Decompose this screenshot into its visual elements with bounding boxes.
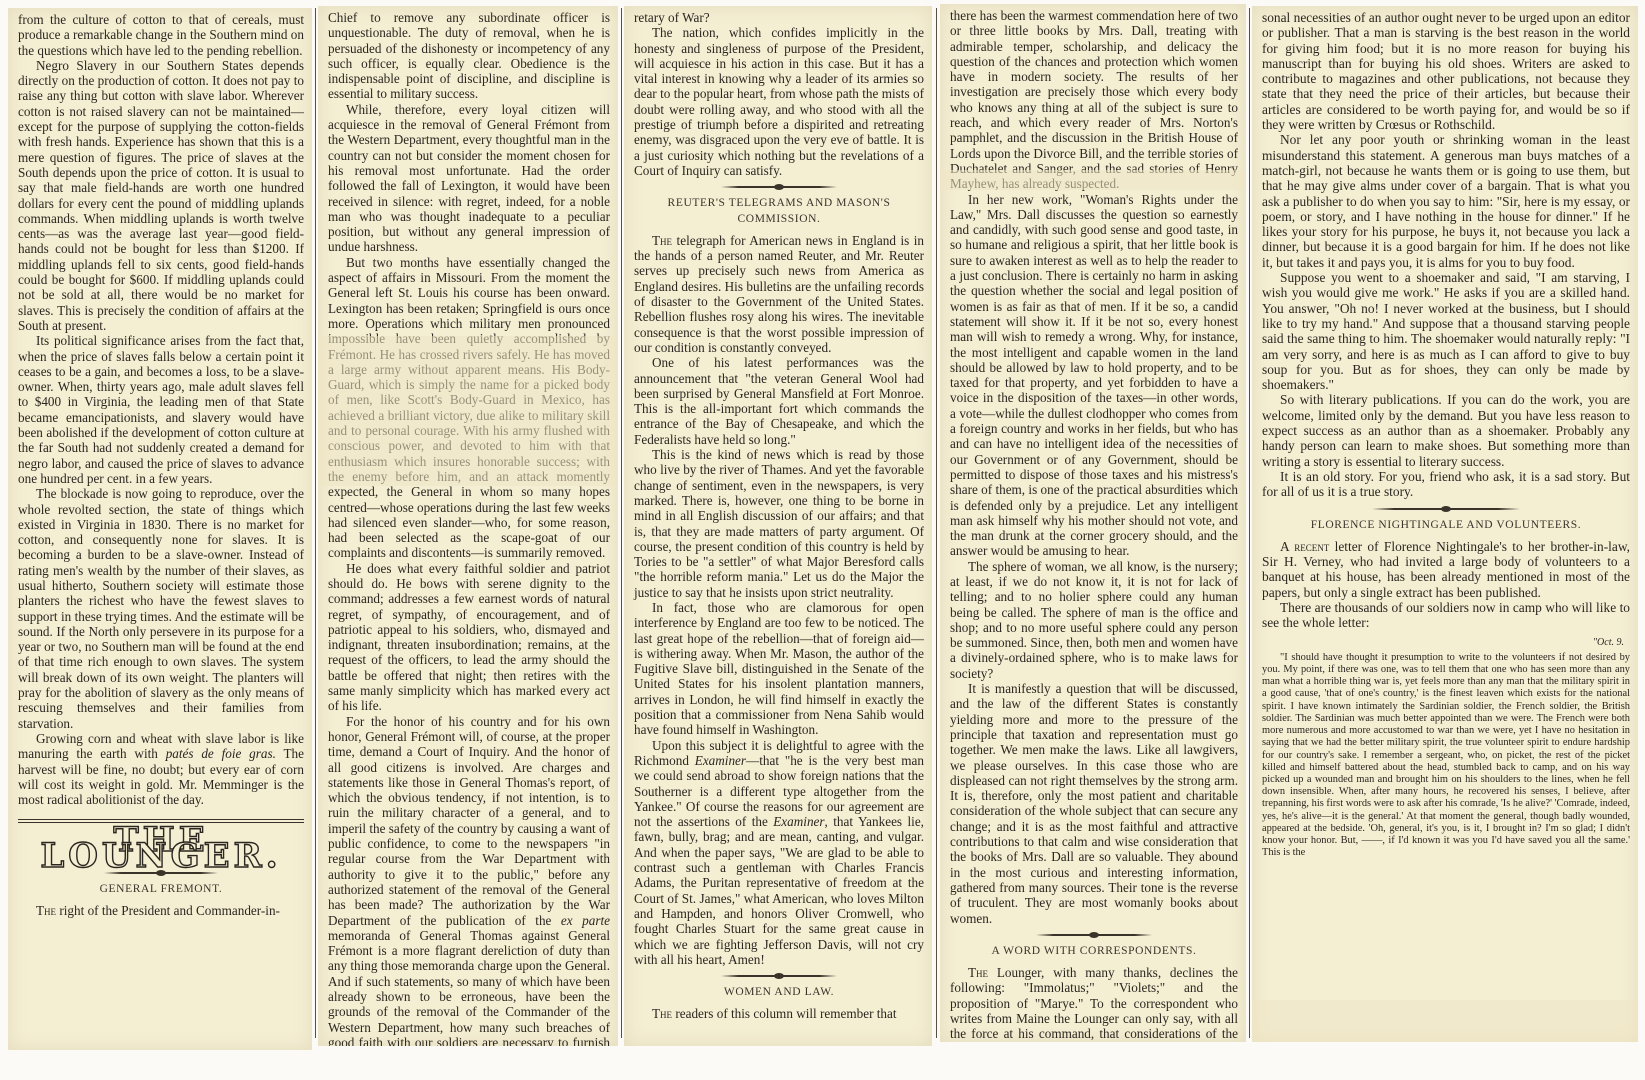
text: telegraph for American news in England i… <box>634 233 924 355</box>
paragraph: It is manifestly a question that will be… <box>950 681 1238 926</box>
column-1: from the culture of cotton to that of ce… <box>8 8 312 1050</box>
column-3: retary of War? The nation, which confide… <box>624 6 932 1046</box>
ornamental-rule <box>104 872 218 874</box>
italic-text: ex parte <box>561 913 610 928</box>
clipping-patch <box>1252 1000 1638 1042</box>
column-rule <box>1249 8 1250 1038</box>
paragraph: While, therefore, every loyal citizen wi… <box>328 102 610 255</box>
paragraph: The Lounger, with many thanks, declines … <box>950 965 1238 1042</box>
text: Lounger, with many thanks, declines the … <box>950 965 1238 1042</box>
column-4: there has been the warmest commendation … <box>940 4 1246 1042</box>
paragraph: For the honor of his country and for his… <box>328 714 610 1046</box>
text: For the honor of his country and for his… <box>328 714 610 928</box>
paragraph: sonal necessities of an author ought nev… <box>1262 10 1630 132</box>
paragraph: There are thousands of our soldiers now … <box>1262 600 1630 631</box>
subhead-reuters-telegrams: REUTER'S TELEGRAMS AND MASON'S COMMISSIO… <box>634 196 924 227</box>
paragraph: In her new work, "Woman's Rights under t… <box>950 192 1238 559</box>
paragraph: The blockade is now going to reproduce, … <box>18 486 304 731</box>
subhead-florence-nightingale: FLORENCE NIGHTINGALE AND VOLUNTEERS. <box>1262 518 1630 533</box>
letter-text: "I should have thought it presumption to… <box>1262 652 1630 859</box>
paragraph: He does what every faithful soldier and … <box>328 561 610 714</box>
text: memoranda of General Thomas against Gene… <box>328 928 610 1046</box>
paragraph: The readers of this column will remember… <box>634 1006 924 1021</box>
paragraph: This is the kind of news which is read b… <box>634 447 924 600</box>
paragraph: The telegraph for American news in Engla… <box>634 233 924 355</box>
italic-text: patés de foie gras. <box>166 746 276 761</box>
smallcaps-lead: The <box>36 903 56 918</box>
paragraph: It is an old story. For you, friend who … <box>1262 469 1630 500</box>
subhead-women-and-law: WOMEN AND LAW. <box>634 985 924 1000</box>
column-rule <box>621 8 622 1038</box>
paragraph: Its political significance arises from t… <box>18 333 304 486</box>
text: , that Yankees lie, fawn, bully, brag; a… <box>634 814 924 967</box>
paragraph: from the culture of cotton to that of ce… <box>18 12 304 58</box>
subhead-word-with-correspondents: A WORD WITH CORRESPONDENTS. <box>950 944 1238 959</box>
ornamental-rule <box>1372 508 1519 510</box>
italic-text: Examiner <box>773 814 824 829</box>
paragraph: Growing corn and wheat with slave labor … <box>18 731 304 807</box>
clipping-patch <box>318 336 618 486</box>
subhead-general-fremont: GENERAL FREMONT. <box>18 882 304 897</box>
paragraph: Upon this subject it is delightful to ag… <box>634 738 924 967</box>
paragraph: Chief to remove any subordinate officer … <box>328 10 610 102</box>
smallcaps-lead: The <box>968 965 988 980</box>
paragraph: Negro Slavery in our Southern States dep… <box>18 58 304 333</box>
text: readers of this column will remember tha… <box>672 1006 896 1021</box>
masthead-the-lounger: THE LOUNGER. <box>18 833 304 864</box>
paragraph: The nation, which confides implicitly in… <box>634 25 924 178</box>
paragraph: The sphere of woman, we all know, is the… <box>950 559 1238 681</box>
paragraph: there has been the warmest commendation … <box>950 8 1238 192</box>
paragraph: The right of the President and Commander… <box>18 903 304 918</box>
paragraph: retary of War? <box>634 10 924 25</box>
column-2: Chief to remove any subordinate officer … <box>318 6 618 1046</box>
smallcaps-lead: The <box>652 1006 672 1021</box>
italic-text: Examiner <box>695 753 746 768</box>
paragraph: So with literary publications. If you ca… <box>1262 392 1630 468</box>
text: right of the President and Commander-in- <box>56 903 280 918</box>
smallcaps-lead: A recent <box>1280 539 1329 554</box>
ornamental-rule <box>721 975 837 977</box>
letter-date: "Oct. 9. <box>1262 635 1624 650</box>
column-rule <box>936 8 937 1038</box>
ornamental-rule <box>721 186 837 188</box>
paragraph: Nor let any poor youth or shrinking woma… <box>1262 132 1630 270</box>
smallcaps-lead: The <box>652 233 672 248</box>
column-5: sonal necessities of an author ought nev… <box>1252 6 1638 1042</box>
paragraph: In fact, those who are clamorous for ope… <box>634 600 924 738</box>
paragraph: A recent letter of Florence Nightingale'… <box>1262 539 1630 600</box>
paragraph: Suppose you went to a shoemaker and said… <box>1262 270 1630 392</box>
column-rule <box>315 8 316 1038</box>
paragraph: One of his latest performances was the a… <box>634 355 924 447</box>
clipping-patch <box>940 170 1246 190</box>
ornamental-rule <box>1036 934 1151 936</box>
